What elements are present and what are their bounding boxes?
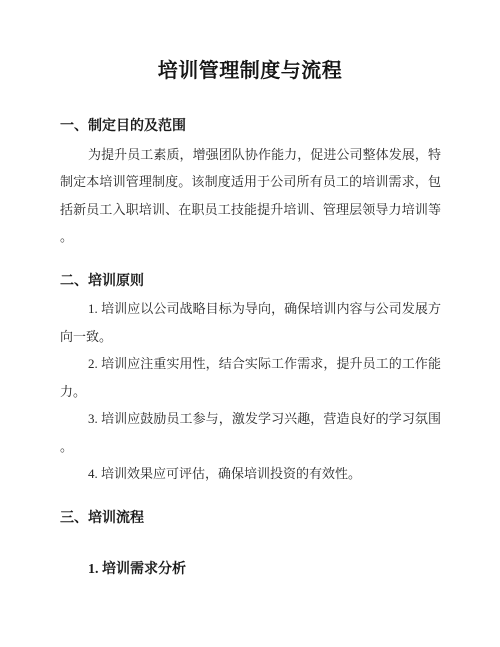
section2-item2-line-1: 2. 培训应注重实用性，结合实际工作需求，提升员工的工作能: [60, 350, 441, 378]
section2-heading: 二、培训原则: [60, 268, 441, 296]
section3-heading: 三、培训流程: [60, 505, 441, 533]
section2-item1-line-2: 向一致。: [60, 323, 441, 351]
section3-subheading: 1. 培训需求分析: [60, 556, 441, 584]
section1-heading: 一、制定目的及范围: [60, 113, 441, 141]
section2-item3-line-2: 。: [60, 433, 441, 461]
section1-paragraph-line-1: 为提升员工素质，增强团队协作能力，促进公司整体发展，特: [60, 141, 441, 169]
section2-item3-line-1: 3. 培训应鼓励员工参与，激发学习兴趣，营造良好的学习氛围: [60, 405, 441, 433]
section2-item2-line-2: 力。: [60, 378, 441, 406]
document-page: 培训管理制度与流程 一、制定目的及范围 为提升员工素质，增强团队协作能力，促进公…: [0, 0, 500, 647]
document-body: 一、制定目的及范围 为提升员工素质，增强团队协作能力，促进公司整体发展，特 制定…: [0, 113, 500, 583]
section2-item4-line-1: 4. 培训效果应可评估，确保培训投资的有效性。: [60, 460, 441, 488]
document-title: 培训管理制度与流程: [0, 0, 500, 83]
section1-paragraph-line-2: 制定本培训管理制度。该制度适用于公司所有员工的培训需求，包: [60, 168, 441, 196]
section2-item1-line-1: 1. 培训应以公司战略目标为导向，确保培训内容与公司发展方: [60, 295, 441, 323]
section1-paragraph-line-3: 括新员工入职培训、在职员工技能提升培训、管理层领导力培训等: [60, 196, 441, 224]
section1-paragraph-line-4: 。: [60, 223, 441, 251]
